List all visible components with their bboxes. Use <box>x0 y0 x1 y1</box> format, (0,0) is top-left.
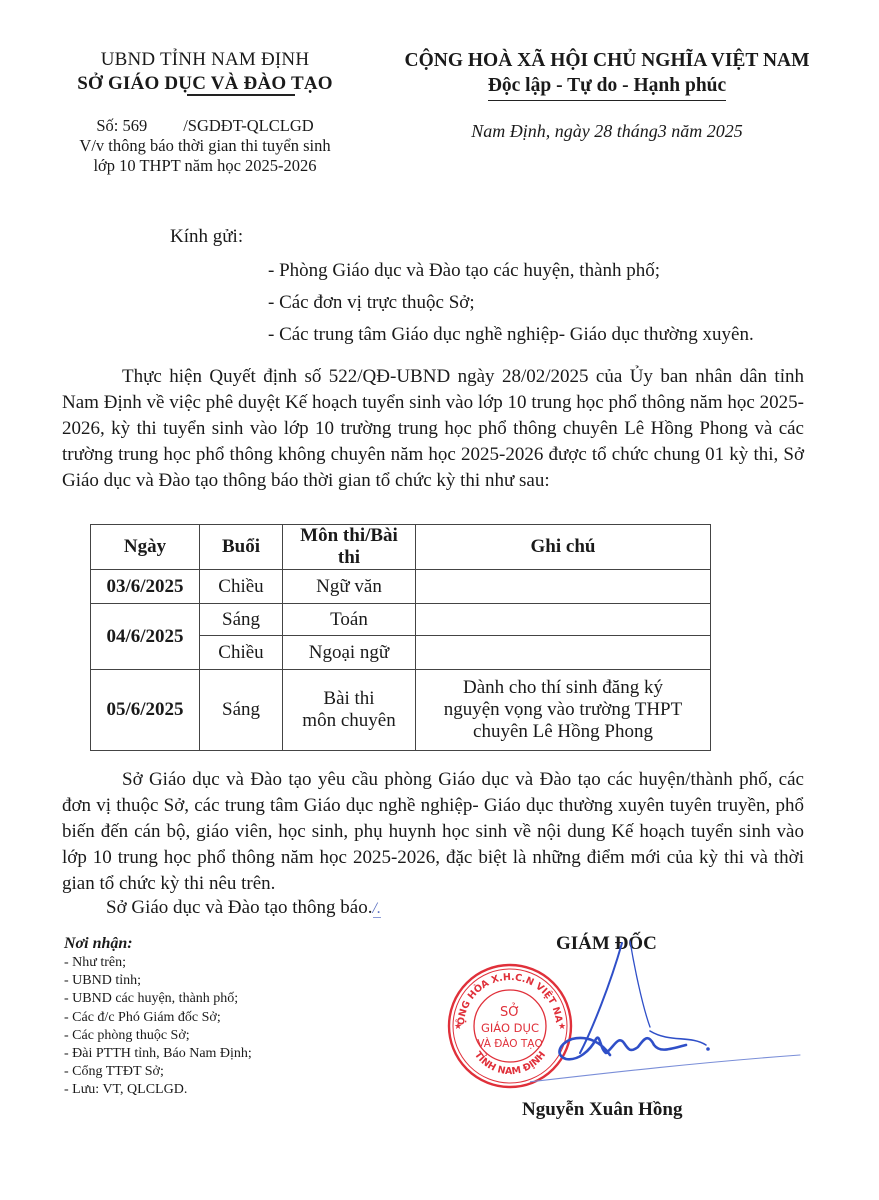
receivers-title: Nơi nhận: <box>64 934 252 954</box>
exam-schedule-table: Ngày Buổi Môn thi/Bài thi Ghi chú 03/6/2… <box>90 524 711 751</box>
column-header-subject: Môn thi/Bài thi <box>283 525 416 570</box>
receiver-item: - Đài PTTH tỉnh, Báo Nam Định; <box>64 1045 252 1063</box>
receiver-item: - Cổng TTĐT Sở; <box>64 1063 252 1081</box>
receiver-item: - UBND các huyện, thành phố; <box>64 990 252 1008</box>
recipient-list: - Phòng Giáo dục và Đào tạo các huyện, t… <box>268 255 754 351</box>
table-row: 05/6/2025 Sáng Bài thi môn chuyên Dành c… <box>91 670 711 751</box>
national-heading-block: CỘNG HOÀ XÃ HỘI CHỦ NGHĨA VIỆT NAM Độc l… <box>372 48 842 142</box>
cell-date: 04/6/2025 <box>91 604 200 670</box>
document-number-suffix: /SGDĐT-QLCLGD <box>183 116 313 135</box>
department-name: SỞ GIÁO DỤC VÀ ĐÀO TẠO <box>30 72 380 96</box>
receiver-item: - Như trên; <box>64 954 252 972</box>
table-header-row: Ngày Buổi Môn thi/Bài thi Ghi chú <box>91 525 711 570</box>
cell-session: Chiều <box>200 636 283 670</box>
cell-session: Sáng <box>200 604 283 636</box>
document-number: Số: 569/SGDĐT-QLCLGD <box>30 116 380 136</box>
column-header-date: Ngày <box>91 525 200 570</box>
note-line: nguyện vọng vào trường THPT <box>422 699 704 721</box>
svg-text:SỞ: SỞ <box>500 1003 520 1020</box>
cell-note <box>416 636 711 670</box>
note-line: chuyên Lê Hồng Phong <box>422 721 704 743</box>
place-date: Nam Định, ngày 28 tháng3 năm 2025 <box>372 120 842 142</box>
motto-underline <box>488 100 726 102</box>
body-paragraph-1: Thực hiện Quyết định số 522/QĐ-UBND ngày… <box>62 364 804 494</box>
cell-subject: Bài thi môn chuyên <box>283 670 416 751</box>
receivers-block: Nơi nhận: - Như trên; - UBND tỉnh; - UBN… <box>64 934 252 1100</box>
recipient-item: - Các trung tâm Giáo dục nghề nghiệp- Gi… <box>268 319 754 351</box>
note-line: Dành cho thí sinh đăng ký <box>422 677 704 699</box>
closing-text: Sở Giáo dục và Đào tạo thông báo. <box>106 897 373 918</box>
svg-text:★: ★ <box>454 1022 462 1032</box>
receiver-item: - Các đ/c Phó Giám đốc Sở; <box>64 1009 252 1027</box>
signer-name: Nguyễn Xuân Hồng <box>522 1099 683 1121</box>
cell-note <box>416 604 711 636</box>
receiver-item: - Các phòng thuộc Sở; <box>64 1027 252 1045</box>
subject-line-2: lớp 10 THPT năm học 2025-2026 <box>30 156 380 176</box>
cell-session: Chiều <box>200 570 283 604</box>
receiver-item: - UBND tỉnh; <box>64 972 252 990</box>
subject-line-1: V/v thông báo thời gian thi tuyển sinh <box>30 136 380 156</box>
authority-name: UBND TỈNH NAM ĐỊNH <box>30 48 380 72</box>
subject-line: Bài thi <box>289 688 409 710</box>
motto-wrapper: Độc lập - Tự do - Hạnh phúc <box>488 73 726 98</box>
body-paragraph-2: Sở Giáo dục và Đào tạo yêu cầu phòng Giá… <box>62 767 804 897</box>
cell-subject: Ngoại ngữ <box>283 636 416 670</box>
handwritten-signature-icon <box>530 935 810 1085</box>
cell-subject: Toán <box>283 604 416 636</box>
cell-note: Dành cho thí sinh đăng ký nguyện vọng và… <box>416 670 711 751</box>
cell-subject: Ngữ văn <box>283 570 416 604</box>
column-header-session: Buổi <box>200 525 283 570</box>
table-row: 03/6/2025 Chiều Ngữ văn <box>91 570 711 604</box>
column-header-note: Ghi chú <box>416 525 711 570</box>
cell-date: 05/6/2025 <box>91 670 200 751</box>
document-number-prefix: Số: 569 <box>96 116 147 135</box>
greeting: Kính gửi: <box>170 226 243 248</box>
end-mark: /. <box>373 900 381 918</box>
receiver-item: - Lưu: VT, QLCLGD. <box>64 1081 252 1099</box>
cell-note <box>416 570 711 604</box>
cell-date: 03/6/2025 <box>91 570 200 604</box>
subject-line: môn chuyên <box>289 710 409 732</box>
country-name: CỘNG HOÀ XÃ HỘI CHỦ NGHĨA VIỆT NAM <box>372 48 842 73</box>
issuing-authority-block: UBND TỈNH NAM ĐỊNH SỞ GIÁO DỤC VÀ ĐÀO TẠ… <box>30 48 380 176</box>
national-motto: Độc lập - Tự do - Hạnh phúc <box>488 75 726 96</box>
recipient-item: - Phòng Giáo dục và Đào tạo các huyện, t… <box>268 255 754 287</box>
table-row: 04/6/2025 Sáng Toán <box>91 604 711 636</box>
recipient-item: - Các đơn vị trực thuộc Sở; <box>268 287 754 319</box>
closing-line: Sở Giáo dục và Đào tạo thông báo./. <box>106 897 381 919</box>
cell-session: Sáng <box>200 670 283 751</box>
